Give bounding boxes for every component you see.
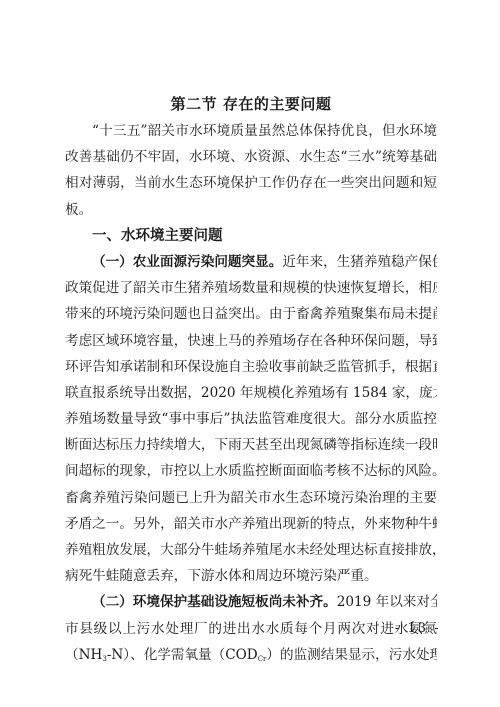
paragraph-line: 联直报系统导出数据，2020 年规模化养殖场有 1584 家，庞大的 <box>65 380 437 406</box>
item-text: 2019 年以来对全 <box>337 594 437 610</box>
paragraph-line: 畜禽养殖污染问题已上升为韶关市水生态环境污染治理的主要 <box>65 485 437 511</box>
paragraph-line: 市县级以上污水处理厂的进出水水质每个月两次对进水氨氮 <box>65 616 437 642</box>
page-content: 第二节 存在的主要问题 “十三五”韶关市水环境质量虽然总体保持优良，但水环境 改… <box>65 92 437 668</box>
paragraph-line: 养殖场数量导致“事中事后”执法监管难度很大。部分水质监控 <box>65 406 437 432</box>
paragraph-line: 养殖粗放发展，大部分牛蛙场养殖尾水未经处理达标直接排放， <box>65 537 437 563</box>
item1-paragraph: （一）农业面源污染问题突显。近年来，生猪养殖稳产保供 政策促进了韶关市生猪养殖场… <box>65 249 437 589</box>
paragraph-line: 考虑区域环境容量，快速上马的养殖场存在各种环保问题，导致 <box>65 328 437 354</box>
paragraph-line: （NH3-N）、化学需氧量（CODCr）的监测结果显示，污水处理厂进 <box>65 642 437 668</box>
intro-paragraph: “十三五”韶关市水环境质量虽然总体保持优良，但水环境 改善基础仍不牢固，水环境、… <box>65 118 437 223</box>
paragraph-line: 相对薄弱，当前水生态环境保护工作仍存在一些突出问题和短 <box>65 170 437 196</box>
paragraph-line: （一）农业面源污染问题突显。近年来，生猪养殖稳产保供 <box>65 249 437 275</box>
text-fragment: （NH <box>65 647 102 663</box>
paragraph-line: 病死牛蛙随意丢弃，下游水体和周边环境污染严重。 <box>65 563 437 589</box>
text-fragment: ）的监测结果显示，污水处理厂进 <box>266 647 437 663</box>
paragraph-line: 政策促进了韶关市生猪养殖场数量和规模的快速恢复增长，相应 <box>65 275 437 301</box>
item-lead: （二）环境保护基础设施短板尚未补齐。 <box>92 594 337 610</box>
paragraph-line: 间超标的现象，市控以上水质监控断面面临考核不达标的风险。 <box>65 458 437 484</box>
item-lead: （一）农业面源污染问题突显。 <box>92 254 282 270</box>
subsection-heading: 一、水环境主要问题 <box>65 223 437 249</box>
text-fragment: -N）、化学需氧量（COD <box>107 647 258 663</box>
paragraph-line: 板。 <box>65 197 437 223</box>
page-number: - 13 - <box>395 619 441 639</box>
paragraph-line: 带来的环境污染问题也日益突出。由于畜禽养殖聚集布局未提前 <box>65 301 437 327</box>
paragraph-line: 改善基础仍不牢固，水环境、水资源、水生态“三水”统筹基础 <box>65 144 437 170</box>
paragraph-line: （二）环境保护基础设施短板尚未补齐。2019 年以来对全 <box>65 589 437 615</box>
paragraph-line: “十三五”韶关市水环境质量虽然总体保持优良，但水环境 <box>65 118 437 144</box>
document-page: 第二节 存在的主要问题 “十三五”韶关市水环境质量虽然总体保持优良，但水环境 改… <box>0 0 500 707</box>
item2-paragraph: （二）环境保护基础设施短板尚未补齐。2019 年以来对全 市县级以上污水处理厂的… <box>65 589 437 668</box>
item-text: 近年来，生猪养殖稳产保供 <box>282 254 437 270</box>
paragraph-line: 断面达标压力持续增大，下雨天甚至出现氮磷等指标连续一段时 <box>65 432 437 458</box>
section-title: 第二节 存在的主要问题 <box>65 92 437 116</box>
paragraph-line: 环评告知承诺制和环保设施自主验收事前缺乏监管抓手，根据直 <box>65 354 437 380</box>
paragraph-line: 矛盾之一。另外，韶关市水产养殖出现新的特点，外来物种牛蛙 <box>65 511 437 537</box>
